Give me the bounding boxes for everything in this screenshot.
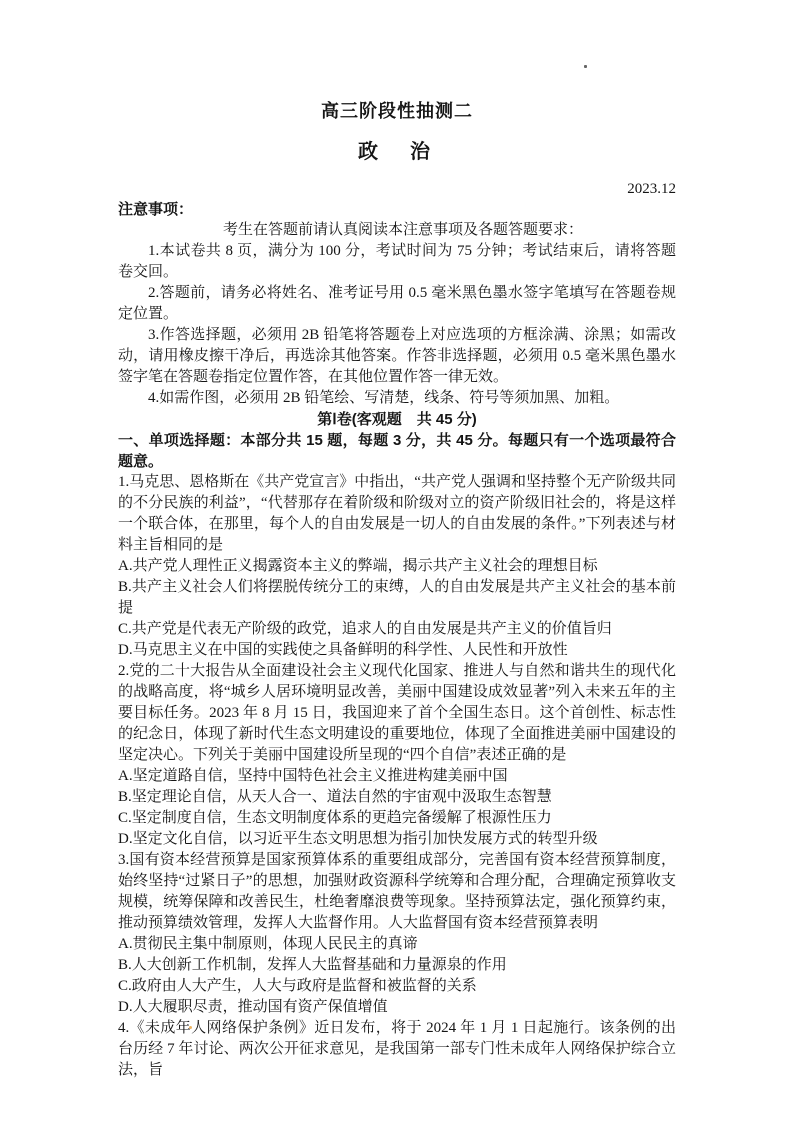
question-2: 2.党的二十大报告从全面建设社会主义现代化国家、推进人与自然和谐共生的现代化的战… (118, 661, 676, 850)
question-option-a: A.坚定道路自信，坚持中国特色社会主义推进构建美丽中国 (118, 766, 676, 787)
question-option-b: B.人大创新工作机制，发挥人大监督基础和力量源泉的作用 (118, 955, 676, 976)
question-3: 3.国有资本经营预算是国家预算体系的重要组成部分，完善国有资本经营预算制度，始终… (118, 850, 676, 1018)
notice-item-3: 3.作答选择题，必须用 2B 铅笔将答题卷上对应选项的方框涂满、涂黑；如需改动，… (118, 325, 676, 388)
question-stem: 2.党的二十大报告从全面建设社会主义现代化国家、推进人与自然和谐共生的现代化的战… (118, 661, 676, 766)
exam-title: 高三阶段性抽测二 (118, 101, 676, 121)
question-option-c: C.政府由人大产生，人大与政府是监督和被监督的关系 (118, 976, 676, 997)
question-option-b: B.共产主义社会人们将摆脱传统分工的束缚，人的自由发展是共产主义社会的基本前提 (118, 577, 676, 619)
stray-mark (584, 65, 587, 68)
question-option-d: D.人大履职尽责，推动国有资产保值增值 (118, 997, 676, 1018)
question-option-d: D.坚定文化自信，以习近平生态文明思想为指引加快发展方式的转型升级 (118, 829, 676, 850)
question-option-c: C.坚定制度自信，生态文明制度体系的更趋完备缓解了根源性压力 (118, 808, 676, 829)
question-option-c: C.共产党是代表无产阶级的政党，追求人的自由发展是共产主义的价值旨归 (118, 619, 676, 640)
notice-heading: 注意事项： (118, 199, 676, 220)
question-stem: 3.国有资本经营预算是国家预算体系的重要组成部分，完善国有资本经营预算制度，始终… (118, 850, 676, 934)
exam-page: 高三阶段性抽测二 政 治 2023.12 注意事项： 考生在答题前请认真阅读本注… (118, 101, 676, 1081)
notice-item-1: 1.本试卷共 8 页，满分为 100 分，考试时间为 75 分钟；考试结束后，请… (118, 241, 676, 283)
subject-title: 政 治 (118, 140, 676, 164)
question-option-d: D.马克思主义在中国的实践使之具备鲜明的科学性、人民性和开放性 (118, 640, 676, 661)
section-instruction: 一、单项选择题：本部分共 15 题，每题 3 分，共 45 分。每题只有一个选项… (118, 430, 676, 472)
exam-date: 2023.12 (118, 181, 676, 197)
notice-intro: 考生在答题前请认真阅读本注意事项及各题答题要求： (118, 220, 676, 241)
notice-item-4: 4.如需作图，必须用 2B 铅笔绘、写清楚，线条、符号等须加黑、加粗。 (118, 388, 676, 409)
stray-mark (189, 1026, 192, 1029)
question-4: 4.《未成年人网络保护条例》近日发布，将于 2024 年 1 月 1 日起施行。… (118, 1018, 676, 1081)
notice-item-2: 2.答题前，请务必将姓名、准考证号用 0.5 毫米黑色墨水签字笔填写在答题卷规定… (118, 283, 676, 325)
question-option-a: A.共产党人理性正义揭露资本主义的弊端，揭示共产主义社会的理想目标 (118, 556, 676, 577)
question-stem: 1.马克思、恩格斯在《共产党宣言》中指出，“共产党人强调和坚持整个无产阶级共同的… (118, 472, 676, 556)
question-option-b: B.坚定理论自信，从天人合一、道法自然的宇宙观中汲取生态智慧 (118, 787, 676, 808)
section-title: 第Ⅰ卷(客观题 共 45 分) (118, 409, 676, 430)
question-stem: 4.《未成年人网络保护条例》近日发布，将于 2024 年 1 月 1 日起施行。… (118, 1018, 676, 1081)
question-1: 1.马克思、恩格斯在《共产党宣言》中指出，“共产党人强调和坚持整个无产阶级共同的… (118, 472, 676, 661)
question-option-a: A.贯彻民主集中制原则，体现人民民主的真谛 (118, 934, 676, 955)
